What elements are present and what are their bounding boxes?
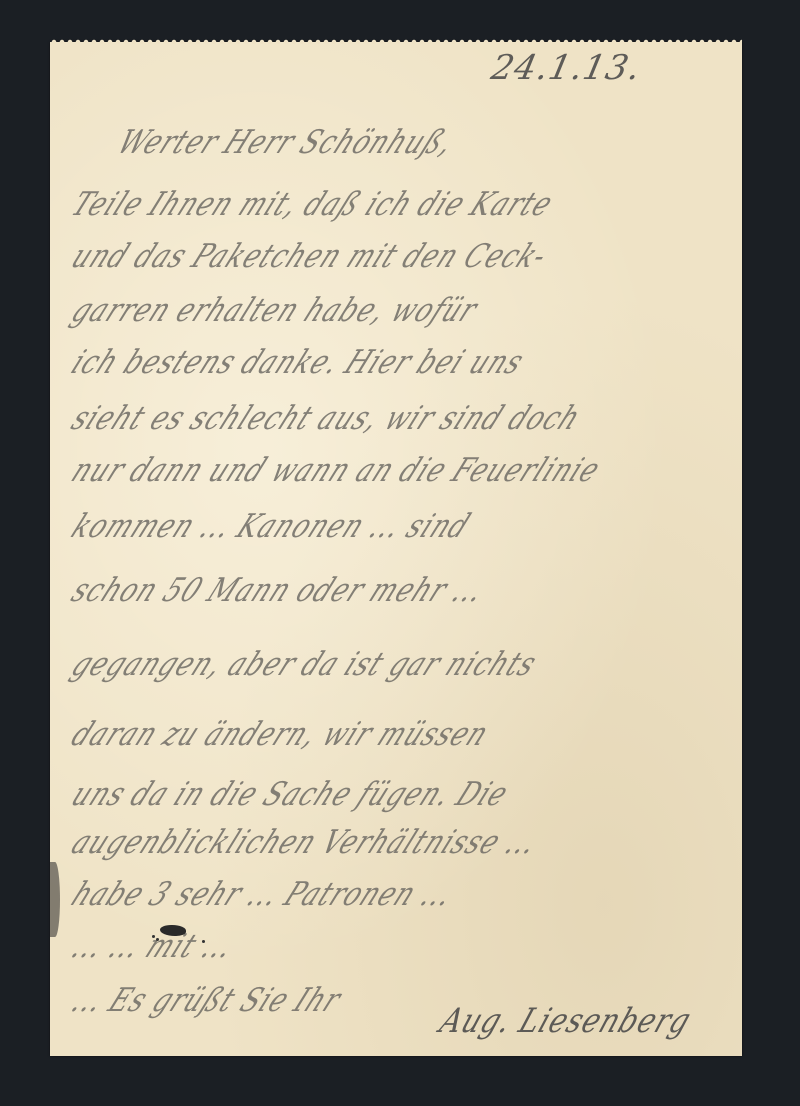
date: 24.1.13.: [488, 48, 645, 88]
ink-dot: [156, 938, 159, 941]
text-line: kommen ... Kanonen ... sind: [65, 508, 476, 546]
ink-dot: [152, 935, 155, 938]
text-line: und das Paketchen mit den Ceck-: [65, 238, 553, 276]
salutation-line: Werter Herr Schönhuß,: [111, 124, 460, 162]
ink-dot: [202, 940, 205, 943]
text-line: ich bestens danke. Hier bei uns: [65, 344, 530, 382]
ink-blot: [160, 925, 186, 936]
edge-smudge: [50, 862, 60, 937]
text-line: sieht es schlecht aus, wir sind doch: [65, 400, 587, 438]
text-line: habe 3 sehr ... Patronen ...: [65, 876, 459, 914]
postcard: 24.1.13. Werter Herr Schönhuß, Teile Ihn…: [50, 42, 742, 1056]
text-line: ... ... mit ...: [65, 928, 240, 966]
text-line: garren erhalten habe, wofür: [65, 292, 484, 330]
closing-line: ... Es grüßt Sie Ihr: [65, 982, 347, 1020]
text-line: nur dann und wann an die Feuerlinie: [65, 452, 606, 490]
text-line: Teile Ihnen mit, daß ich die Karte: [65, 186, 559, 224]
signature: Aug. Liesenberg: [435, 1001, 697, 1041]
text-line: uns da in die Sache fügen. Die: [65, 776, 514, 814]
text-line: daran zu ändern, wir müssen: [65, 716, 495, 754]
text-line: gegangen, aber da ist gar nichts: [65, 646, 543, 684]
text-line: augenblicklichen Verhältnisse ...: [65, 824, 544, 862]
text-line: schon 50 Mann oder mehr ...: [65, 572, 491, 610]
